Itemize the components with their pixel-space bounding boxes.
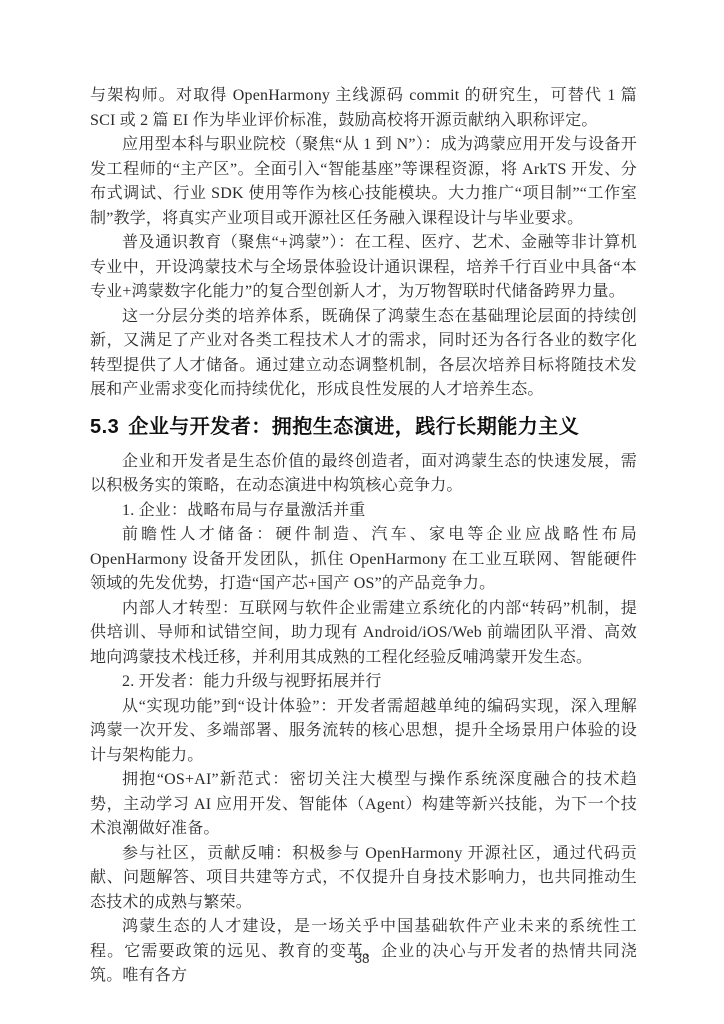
document-page: 与架构师。对取得 OpenHarmony 主线源码 commit 的研究生，可替… [0,0,724,1024]
body-paragraph: 前瞻性人才储备：硬件制造、汽车、家电等企业应战略性布局 OpenHarmony … [90,523,637,597]
list-item-developer-title: 2. 开发者：能力升级与视野拓展并行 [90,670,637,695]
page-body: 与架构师。对取得 OpenHarmony 主线源码 commit 的研究生，可替… [90,84,637,989]
body-paragraph: 拥抱“OS+AI”新范式：密切关注大模型与操作系统深度融合的技术趋势，主动学习 … [90,768,637,842]
body-paragraph: 参与社区，贡献反哺：积极参与 OpenHarmony 开源社区，通过代码贡献、问… [90,842,637,916]
section-heading: 5.3企业与开发者：拥抱生态演进，践行长期能力主义 [90,413,637,441]
body-paragraph: 企业和开发者是生态价值的最终创造者，面对鸿蒙生态的快速发展，需以积极务实的策略，… [90,450,637,499]
body-paragraph: 内部人才转型：互联网与软件企业需建立系统化的内部“转码”机制，提供培训、导师和试… [90,597,637,671]
body-paragraph: 从“实现功能”到“设计体验”：开发者需超越单纯的编码实现，深入理解鸿蒙一次开发、… [90,695,637,769]
body-paragraph: 应用型本科与职业院校（聚焦“从 1 到 N”）：成为鸿蒙应用开发与设备开发工程师… [90,133,637,231]
page-footer: 38 [0,951,724,966]
body-paragraph: 这一分层分类的培养体系，既确保了鸿蒙生态在基础理论层面的持续创新，又满足了产业对… [90,305,637,403]
section-number: 5.3 [90,416,119,438]
body-paragraph: 普及通识教育（聚焦“+鸿蒙”）：在工程、医疗、艺术、金融等非计算机专业中，开设鸿… [90,231,637,305]
body-paragraph-continuation: 与架构师。对取得 OpenHarmony 主线源码 commit 的研究生，可替… [90,84,637,133]
page-number: 38 [354,951,369,966]
section-title: 企业与开发者：拥抱生态演进，践行长期能力主义 [128,416,579,438]
list-item-enterprise-title: 1. 企业：战略布局与存量激活并重 [90,499,637,524]
